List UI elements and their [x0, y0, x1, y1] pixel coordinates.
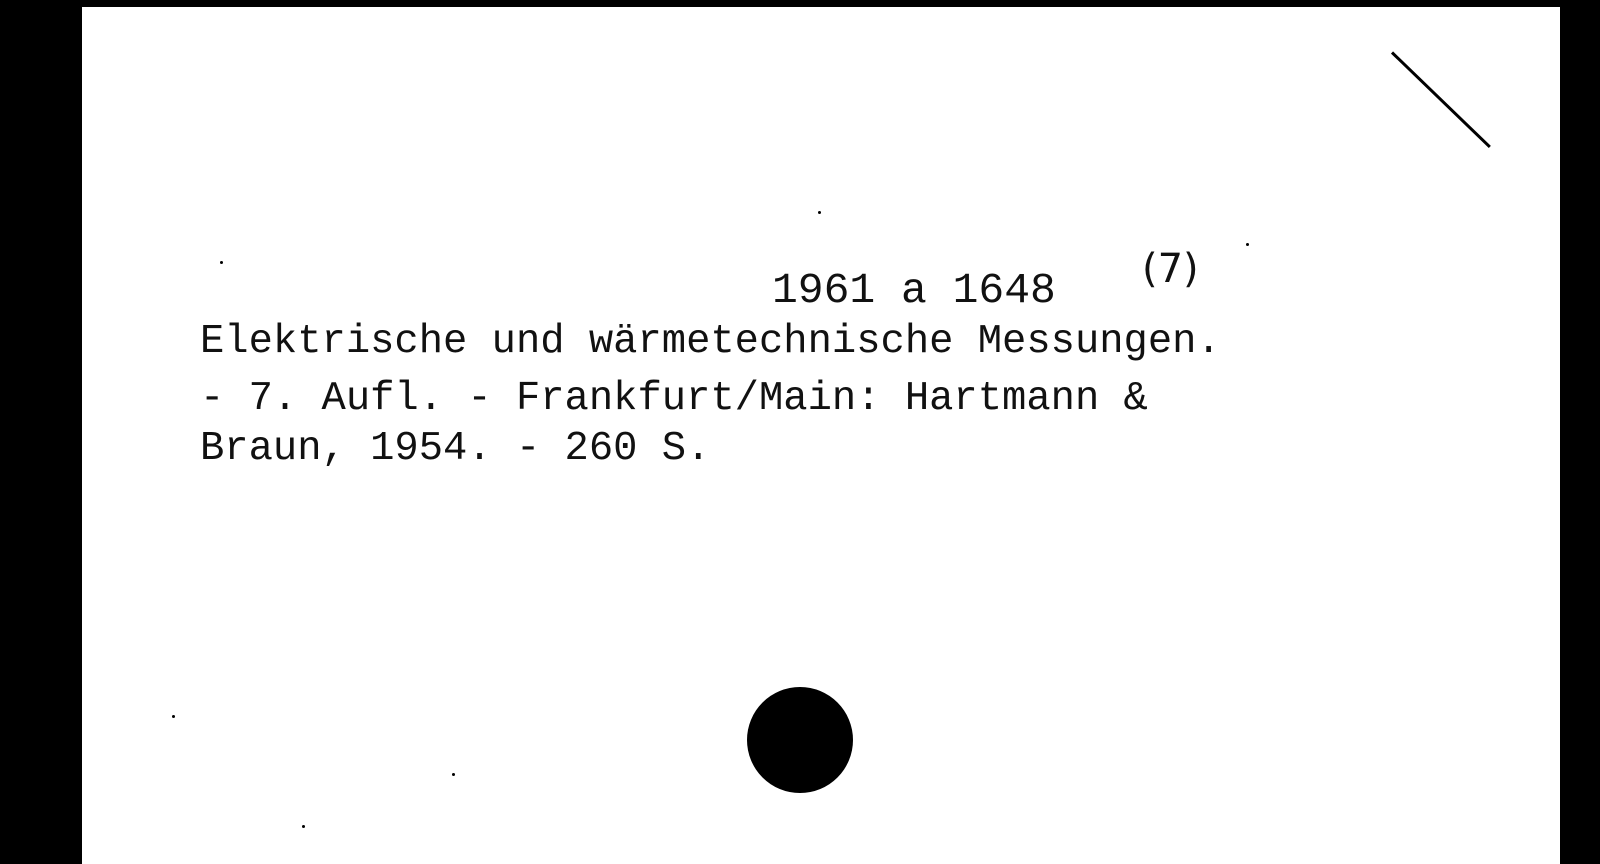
- ink-speck: [172, 715, 175, 718]
- publisher-year-pages-line: Braun, 1954. - 260 S.: [200, 429, 710, 470]
- ink-speck: [220, 261, 223, 264]
- corner-slash-mark: [1391, 51, 1491, 148]
- ink-speck: [302, 825, 305, 828]
- volume-note: (7): [1142, 249, 1199, 289]
- edition-publisher-line: - 7. Aufl. - Frankfurt/Main: Hartmann &: [200, 379, 1148, 420]
- punch-hole: [747, 687, 853, 793]
- title-line: Elektrische und wärmetechnische Messunge…: [200, 322, 1221, 363]
- scanned-catalog-card: 1961 a 1648 (7) Elektrische und wärmetec…: [0, 0, 1600, 864]
- ink-speck: [818, 211, 821, 214]
- call-number: 1961 a 1648: [772, 269, 1056, 312]
- catalog-card: 1961 a 1648 (7) Elektrische und wärmetec…: [82, 7, 1560, 864]
- ink-speck: [1246, 243, 1249, 246]
- ink-speck: [452, 773, 455, 776]
